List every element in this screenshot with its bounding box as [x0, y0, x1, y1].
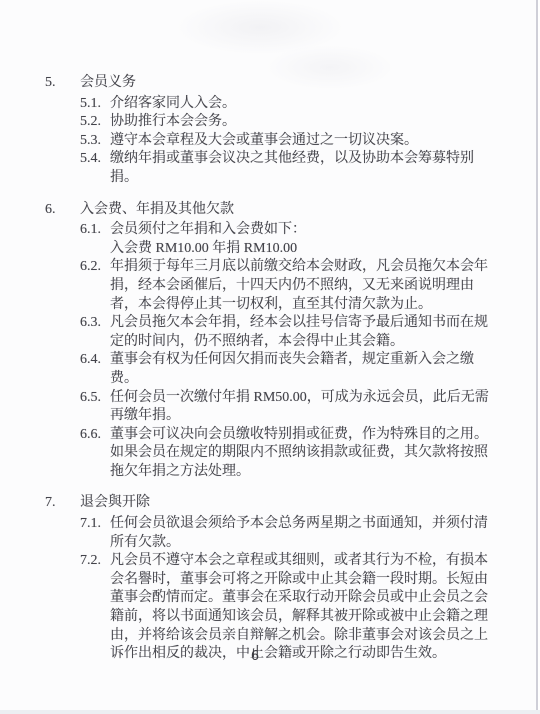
list-item: 5.1. 介绍客家同人入会。 [45, 95, 497, 114]
section-resignation-and-expulsion: 7. 退会與开除 7.1. 任何会员欲退会须给予本会总务两星期之书面通知，并须付… [45, 494, 497, 663]
item-text: 介绍客家同人入会。 [110, 95, 492, 114]
item-number: 5.4. [80, 150, 110, 187]
item-number: 5.2. [80, 113, 110, 132]
section-heading: 6. 入会费、年捐及其他欠款 [45, 201, 497, 220]
item-text: 任何会员欲退会须给予本会总务两星期之书面通知，并须付清所有欠款。 [110, 515, 492, 552]
item-number: 6.2. [80, 258, 110, 314]
item-text: 协助推行本会会务。 [110, 113, 492, 132]
list-item: 5.2. 协助推行本会会务。 [45, 113, 497, 132]
item-number: 5.3. [80, 132, 110, 151]
item-text: 年捐须于每年三月底以前缴交给本会财政，凡会员拖欠本会年捐，经本会函催后，十四天内… [110, 258, 492, 314]
scan-edge-right-line [536, 0, 538, 714]
document-content: 5. 会员义务 5.1. 介绍客家同人入会。 5.2. 协助推行本会会务。 5.… [45, 74, 497, 677]
list-item: 6.5. 任何会员一次缴付年捐 RM50.00，可成为永远会员，此后无需再缴年捐… [45, 389, 497, 426]
list-item: 7.2. 凡会员不遵守本会之章程或其细则，或者其行为不检，有损本会名譽时，董事会… [45, 552, 497, 664]
item-number: 7.1. [80, 515, 110, 552]
section-number: 6. [45, 201, 80, 220]
section-title: 入会费、年捐及其他欠款 [80, 201, 234, 220]
document-page: 5. 会员义务 5.1. 介绍客家同人入会。 5.2. 协助推行本会会务。 5.… [0, 0, 540, 714]
item-number: 6.6. [80, 426, 110, 482]
item-text: 缴纳年捐或董事会议决之其他经费，以及协助本会筹募特别捐。 [110, 150, 492, 187]
item-number: 6.1. [80, 221, 110, 258]
list-item: 6.1. 会员须付之年捐和入会费如下： 入会费 RM10.00 年捐 RM10.… [45, 221, 497, 258]
scan-edge-bottom [0, 710, 540, 714]
scan-bleedthrough-artifact [175, 0, 345, 55]
list-item: 6.3. 凡会员拖欠本会年捐，经本会以挂号信寄予最后通知书而在规定的时间内，仍不… [45, 314, 497, 351]
item-text: 董事会可议决向会员缴收特别捐或征费，作为特殊目的之用。如果会员在规定的期限内不照… [110, 426, 492, 482]
item-number: 5.1. [80, 95, 110, 114]
item-number: 6.5. [80, 389, 110, 426]
item-text: 会员须付之年捐和入会费如下： 入会费 RM10.00 年捐 RM10.00 [110, 221, 492, 258]
item-number: 6.3. [80, 314, 110, 351]
section-title: 退会與开除 [80, 494, 150, 513]
section-title: 会员义务 [80, 74, 136, 93]
section-fees-and-arrears: 6. 入会费、年捐及其他欠款 6.1. 会员须付之年捐和入会费如下： 入会费 R… [45, 201, 497, 482]
section-heading: 5. 会员义务 [45, 74, 497, 93]
section-member-duties: 5. 会员义务 5.1. 介绍客家同人入会。 5.2. 协助推行本会会务。 5.… [45, 74, 497, 188]
item-text: 任何会员一次缴付年捐 RM50.00，可成为永远会员，此后无需再缴年捐。 [110, 389, 492, 426]
item-text: 凡会员拖欠本会年捐，经本会以挂号信寄予最后通知书而在规定的时间内，仍不照纳者，本… [110, 314, 492, 351]
list-item: 7.1. 任何会员欲退会须给予本会总务两星期之书面通知，并须付清所有欠款。 [45, 515, 497, 552]
section-heading: 7. 退会與开除 [45, 494, 497, 513]
section-number: 7. [45, 494, 80, 513]
item-text: 董事会有权为任何因欠捐而丧失会籍者，规定重新入会之缴费。 [110, 351, 492, 388]
item-number: 7.2. [80, 552, 110, 664]
section-number: 5. [45, 74, 80, 93]
list-item: 5.4. 缴纳年捐或董事会议决之其他经费，以及协助本会筹募特别捐。 [45, 150, 497, 187]
list-item: 6.2. 年捐须于每年三月底以前缴交给本会财政，凡会员拖欠本会年捐，经本会函催后… [45, 258, 497, 314]
page-number: 6 [245, 649, 265, 664]
item-number: 6.4. [80, 351, 110, 388]
item-text: 凡会员不遵守本会之章程或其细则，或者其行为不检，有损本会名譽时，董事会可将之开除… [110, 552, 492, 664]
list-item: 6.4. 董事会有权为任何因欠捐而丧失会籍者，规定重新入会之缴费。 [45, 351, 497, 388]
item-text: 遵守本会章程及大会或董事会通过之一切议决案。 [110, 132, 492, 151]
list-item: 6.6. 董事会可议决向会员缴收特别捐或征费，作为特殊目的之用。如果会员在规定的… [45, 426, 497, 482]
list-item: 5.3. 遵守本会章程及大会或董事会通过之一切议决案。 [45, 132, 497, 151]
